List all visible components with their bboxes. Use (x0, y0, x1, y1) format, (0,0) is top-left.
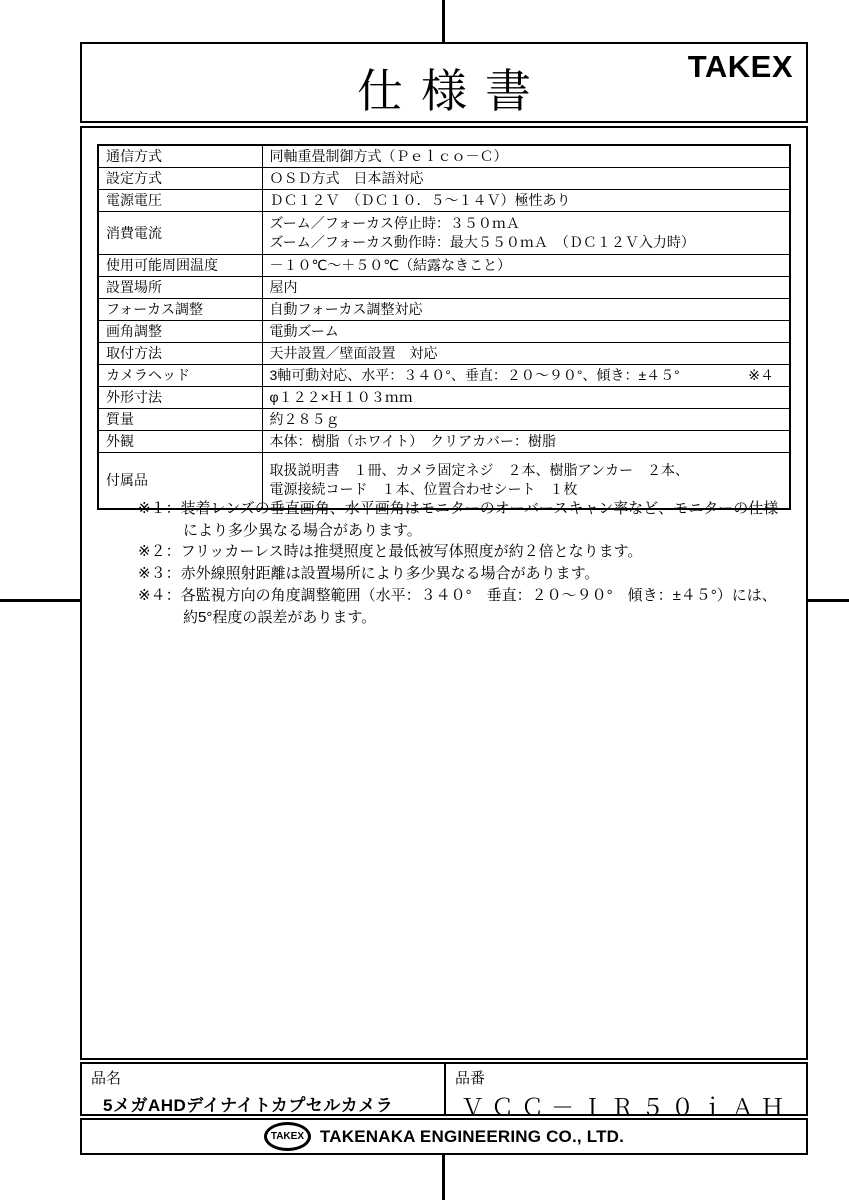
spec-sheet-page: 仕様書 TAKEX 通信方式 同軸重畳制御方式（Ｐｅｌｃｏ－Ｃ） 設定方式 ＯＳ… (0, 0, 849, 1200)
footnote-line: ※３：赤外線照射距離は設置場所により多少異なる場合があります。 (138, 563, 802, 585)
product-number-cell: 品番 ＶＣＣ－ＩＲ５０ｉＡＨ (446, 1064, 806, 1114)
footnote-line: により多少異なる場合があります。 (138, 520, 802, 542)
company-name: TAKENAKA ENGINEERING CO., LTD. (320, 1127, 624, 1147)
row-value: 天井設置／壁面設置 対応 (262, 343, 790, 365)
row-value: ＯＳＤ方式 日本語対応 (262, 168, 790, 190)
note-reference: ※４ (748, 366, 782, 385)
row-label: 電源電圧 (98, 190, 262, 212)
product-name-cell: 品名 5メガAHDデイナイトカプセルカメラ (82, 1064, 446, 1114)
row-label: 設定方式 (98, 168, 262, 190)
row-value-text: 3軸可動対応、水平：３４０°、垂直：２０～９０°、傾き：±４５° (270, 366, 680, 385)
row-value: 電動ズーム (262, 321, 790, 343)
title-box: 仕様書 TAKEX (80, 42, 808, 123)
row-value: 同軸重畳制御方式（Ｐｅｌｃｏ－Ｃ） (262, 145, 790, 168)
footnote-line: 約5°程度の誤差があります。 (138, 607, 802, 629)
footnote-4: ※４：各監視方向の角度調整範囲（水平：３４０° 垂直：２０～９０° 傾き：±４５… (138, 585, 802, 628)
row-label: 質量 (98, 409, 262, 431)
table-row: 質量 約２８５ｇ (98, 409, 790, 431)
table-row: 設定方式 ＯＳＤ方式 日本語対応 (98, 168, 790, 190)
footnote-line: ※１：装着レンズの垂直画角、水平画角はモニターのオーバースキャン率など、モニター… (138, 498, 802, 520)
row-label: 外観 (98, 431, 262, 453)
row-value-line1: ズーム／フォーカス停止時：３５０ｍＡ (270, 214, 783, 233)
row-label: 通信方式 (98, 145, 262, 168)
row-label: カメラヘッド (98, 365, 262, 387)
row-value: 自動フォーカス調整対応 (262, 299, 790, 321)
product-box: 品名 5メガAHDデイナイトカプセルカメラ 品番 ＶＣＣ－ＩＲ５０ｉＡＨ (80, 1062, 808, 1116)
crop-mark-top (442, 0, 445, 42)
table-row: フォーカス調整 自動フォーカス調整対応 (98, 299, 790, 321)
table-row: 取付方法 天井設置／壁面設置 対応 (98, 343, 790, 365)
table-row: 消費電流 ズーム／フォーカス停止時：３５０ｍＡ ズーム／フォーカス動作時：最大５… (98, 212, 790, 255)
row-value: 本体：樹脂（ホワイト） クリアカバー：樹脂 (262, 431, 790, 453)
crop-mark-left (0, 599, 80, 602)
product-number-label: 品番 (455, 1067, 797, 1088)
row-label: 取付方法 (98, 343, 262, 365)
row-label: 設置場所 (98, 277, 262, 299)
row-value-line2: ズーム／フォーカス動作時：最大５５０ｍＡ （ＤＣ１２Ｖ入力時） (270, 233, 783, 252)
row-value-line1: 取扱説明書 １冊、カメラ固定ネジ ２本、樹脂アンカー ２本、 (270, 461, 783, 480)
footnote-line: ※２：フリッカーレス時は推奨照度と最低被写体照度が約２倍となります。 (138, 541, 802, 563)
row-value: 約２８５ｇ (262, 409, 790, 431)
row-value-line2: 電源接続コード １本、位置合わせシート １枚 (270, 480, 783, 499)
table-row: 画角調整 電動ズーム (98, 321, 790, 343)
body-box: 通信方式 同軸重畳制御方式（Ｐｅｌｃｏ－Ｃ） 設定方式 ＯＳＤ方式 日本語対応 … (80, 126, 808, 1060)
row-value: ズーム／フォーカス停止時：３５０ｍＡ ズーム／フォーカス動作時：最大５５０ｍＡ … (262, 212, 790, 255)
row-value: φ１２２×Ｈ１０３ｍｍ (262, 387, 790, 409)
table-row: 通信方式 同軸重畳制御方式（Ｐｅｌｃｏ－Ｃ） (98, 145, 790, 168)
table-row: 使用可能周囲温度 －１０℃～＋５０℃（結露なきこと） (98, 255, 790, 277)
spec-table: 通信方式 同軸重畳制御方式（Ｐｅｌｃｏ－Ｃ） 設定方式 ＯＳＤ方式 日本語対応 … (97, 144, 791, 510)
row-value: 屋内 (262, 277, 790, 299)
row-label: 外形寸法 (98, 387, 262, 409)
row-value: －１０℃～＋５０℃（結露なきこと） (262, 255, 790, 277)
table-row: 外観 本体：樹脂（ホワイト） クリアカバー：樹脂 (98, 431, 790, 453)
footnote-2: ※２：フリッカーレス時は推奨照度と最低被写体照度が約２倍となります。 (138, 541, 802, 563)
crop-mark-right (806, 599, 849, 602)
footnote-3: ※３：赤外線照射距離は設置場所により多少異なる場合があります。 (138, 563, 802, 585)
footnote-1: ※１：装着レンズの垂直画角、水平画角はモニターのオーバースキャン率など、モニター… (138, 498, 802, 541)
takex-oval-logo-icon: TAKEX (264, 1122, 311, 1151)
crop-mark-bottom (442, 1155, 445, 1200)
row-label: 消費電流 (98, 212, 262, 255)
table-row: カメラヘッド 3軸可動対応、水平：３４０°、垂直：２０～９０°、傾き：±４５° … (98, 365, 790, 387)
row-value: 3軸可動対応、水平：３４０°、垂直：２０～９０°、傾き：±４５° ※４ (262, 365, 790, 387)
table-row: 外形寸法 φ１２２×Ｈ１０３ｍｍ (98, 387, 790, 409)
row-value: ＤＣ１２Ｖ （ＤＣ１０．５～１４Ｖ）極性あり (262, 190, 790, 212)
footnote-line: ※４：各監視方向の角度調整範囲（水平：３４０° 垂直：２０～９０° 傾き：±４５… (138, 585, 802, 607)
brand-logo-takex: TAKEX (688, 49, 793, 85)
row-label: フォーカス調整 (98, 299, 262, 321)
product-name-label: 品名 (91, 1067, 435, 1088)
footer-box: TAKEX TAKENAKA ENGINEERING CO., LTD. (80, 1118, 808, 1155)
product-name: 5メガAHDデイナイトカプセルカメラ (103, 1091, 435, 1116)
table-row: 電源電圧 ＤＣ１２Ｖ （ＤＣ１０．５～１４Ｖ）極性あり (98, 190, 790, 212)
table-row: 設置場所 屋内 (98, 277, 790, 299)
footnotes: ※１：装着レンズの垂直画角、水平画角はモニターのオーバースキャン率など、モニター… (138, 498, 802, 628)
row-label: 使用可能周囲温度 (98, 255, 262, 277)
row-label: 画角調整 (98, 321, 262, 343)
